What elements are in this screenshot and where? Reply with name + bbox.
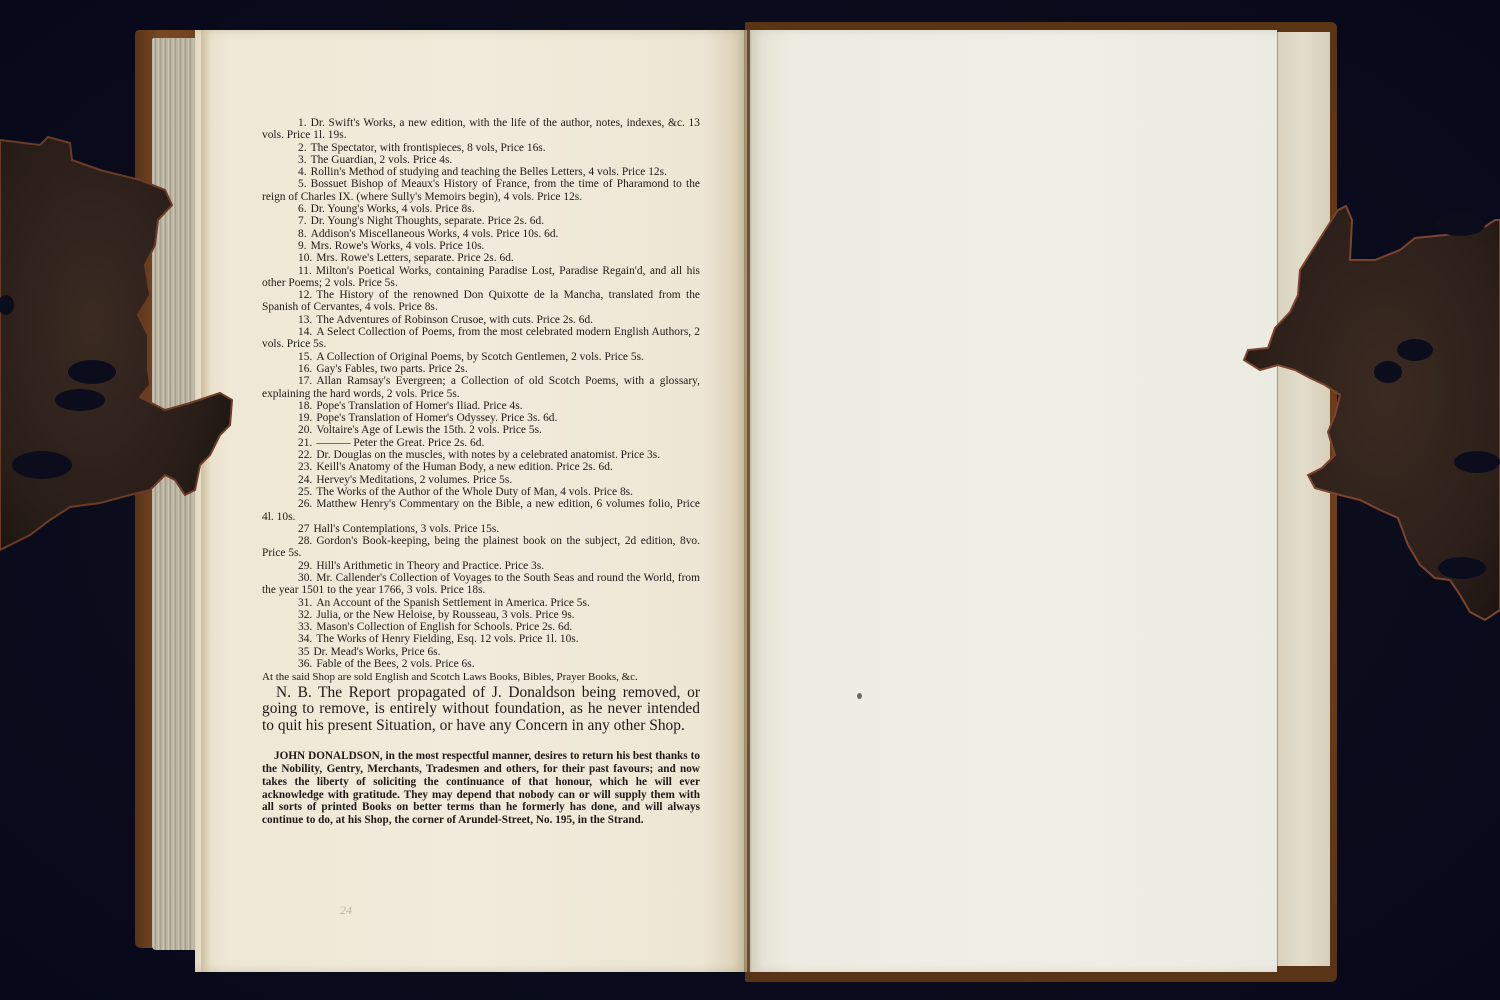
entry-text: The Works of Henry Fielding, Esq. 12 vol… bbox=[316, 633, 578, 645]
catalogue-entry: 7.Dr. Young's Night Thoughts, separate. … bbox=[262, 215, 700, 227]
catalogue-entry: 5.Bossuet Bishop of Meaux's History of F… bbox=[262, 178, 700, 203]
entry-number: 19. bbox=[280, 412, 312, 424]
catalogue-entry: 14.A Select Collection of Poems, from th… bbox=[262, 326, 700, 351]
catalogue-entry: 18.Pope's Translation of Homer's Iliad. … bbox=[262, 400, 700, 412]
entry-text: Voltaire's Age of Lewis the 15th. 2 vols… bbox=[316, 424, 542, 436]
catalogue-entry: 27Hall's Contemplations, 3 vols. Price 1… bbox=[262, 523, 700, 535]
catalogue-entry: 12.The History of the renowned Don Quixo… bbox=[262, 289, 700, 314]
nb-notice: N. B. The Report propagated of J. Donald… bbox=[262, 685, 700, 735]
entry-text: Julia, or the New Heloise, by Rousseau, … bbox=[316, 609, 574, 621]
catalogue-entry: 35Dr. Mead's Works, Price 6s. bbox=[262, 646, 700, 658]
entry-text: Fable of the Bees, 2 vols. Price 6s. bbox=[316, 658, 474, 670]
entry-number: 34. bbox=[280, 633, 312, 645]
entry-number: 17. bbox=[280, 375, 312, 387]
entry-text: Rollin's Method of studying and teaching… bbox=[311, 166, 667, 178]
entry-text: Hall's Contemplations, 3 vols. Price 15s… bbox=[313, 523, 499, 535]
metal-weight-icon bbox=[1240, 200, 1500, 640]
entry-text: The Adventures of Robinson Crusoe, with … bbox=[316, 314, 593, 326]
entry-number: 6. bbox=[280, 203, 307, 215]
catalogue-entry: 29.Hill's Arithmetic in Theory and Pract… bbox=[262, 560, 700, 572]
entry-number: 32. bbox=[280, 609, 312, 621]
metal-weight-icon bbox=[0, 135, 240, 555]
catalogue-text: 1.Dr. Swift's Works, a new edition, with… bbox=[262, 117, 700, 838]
entry-text: Dr. Young's Works, 4 vols. Price 8s. bbox=[311, 203, 475, 215]
entry-text: Mrs. Rowe's Works, 4 vols. Price 10s. bbox=[311, 240, 485, 252]
entry-number: 22. bbox=[280, 449, 312, 461]
catalogue-entry: 6.Dr. Young's Works, 4 vols. Price 8s. bbox=[262, 203, 700, 215]
entry-text: Pope's Translation of Homer's Iliad. Pri… bbox=[316, 400, 522, 412]
catalogue-entry: 16.Gay's Fables, two parts. Price 2s. bbox=[262, 363, 700, 375]
book-weight-left bbox=[0, 135, 240, 555]
entry-number: 28. bbox=[280, 535, 312, 547]
donaldson-notice: JOHN DONALDSON, in the most respectful m… bbox=[262, 750, 700, 826]
catalogue-entry: 23.Keill's Anatomy of the Human Body, a … bbox=[262, 461, 700, 473]
catalogue-entry: 28.Gordon's Book-keeping, being the plai… bbox=[262, 535, 700, 560]
catalogue-entry: 2.The Spectator, with frontispieces, 8 v… bbox=[262, 142, 700, 154]
entry-text: Mason's Collection of English for School… bbox=[316, 621, 572, 633]
entry-text: A Collection of Original Poems, by Scotc… bbox=[316, 351, 644, 363]
entry-text: Dr. Mead's Works, Price 6s. bbox=[313, 646, 440, 658]
entry-text: Dr. Young's Night Thoughts, separate. Pr… bbox=[311, 215, 545, 227]
catalogue-entry: 26.Matthew Henry's Commentary on the Bib… bbox=[262, 498, 700, 523]
catalogue-entry: 36.Fable of the Bees, 2 vols. Price 6s. bbox=[262, 658, 700, 670]
catalogue-entry: 9.Mrs. Rowe's Works, 4 vols. Price 10s. bbox=[262, 240, 700, 252]
entry-text: Allan Ramsay's Evergreen; a Collection o… bbox=[262, 375, 700, 399]
entry-text: Milton's Poetical Works, containing Para… bbox=[262, 265, 700, 289]
entry-number: 15. bbox=[280, 351, 312, 363]
entry-number: 23. bbox=[280, 461, 312, 473]
entry-number: 3. bbox=[280, 154, 307, 166]
entry-text: Hill's Arithmetic in Theory and Practice… bbox=[316, 560, 544, 572]
entry-text: The Guardian, 2 vols. Price 4s. bbox=[311, 154, 453, 166]
entry-text: Hervey's Meditations, 2 volumes. Price 5… bbox=[316, 474, 512, 486]
catalogue-entry: 22.Dr. Douglas on the muscles, with note… bbox=[262, 449, 700, 461]
catalogue-entry: 34.The Works of Henry Fielding, Esq. 12 … bbox=[262, 633, 700, 645]
entry-text: Pope's Translation of Homer's Odyssey. P… bbox=[316, 412, 557, 424]
entry-text: The Spectator, with frontispieces, 8 vol… bbox=[311, 142, 546, 154]
entry-text: The History of the renowned Don Quixotte… bbox=[262, 289, 700, 313]
book-weight-right bbox=[1240, 200, 1500, 640]
entry-number: 26. bbox=[280, 498, 312, 510]
entry-text: ——— Peter the Great. Price 2s. 6d. bbox=[316, 437, 484, 449]
catalogue-entry: 10.Mrs. Rowe's Letters, separate. Price … bbox=[262, 252, 700, 264]
entry-number: 2. bbox=[280, 142, 307, 154]
entry-text: Addison's Miscellaneous Works, 4 vols. P… bbox=[311, 228, 559, 240]
entry-number: 18. bbox=[280, 400, 312, 412]
book-gutter bbox=[744, 30, 752, 972]
entry-text: Mrs. Rowe's Letters, separate. Price 2s.… bbox=[316, 252, 513, 264]
catalogue-entry: 24.Hervey's Meditations, 2 volumes. Pric… bbox=[262, 474, 700, 486]
entry-text: Mr. Callender's Collection of Voyages to… bbox=[262, 572, 700, 596]
entry-number: 24. bbox=[280, 474, 312, 486]
catalogue-entry: 15.A Collection of Original Poems, by Sc… bbox=[262, 351, 700, 363]
entry-number: 12. bbox=[280, 289, 312, 301]
entry-text: Dr. Douglas on the muscles, with notes b… bbox=[316, 449, 660, 461]
entry-text: The Works of the Author of the Whole Dut… bbox=[316, 486, 633, 498]
entry-number: 9. bbox=[280, 240, 307, 252]
entry-text: Gordon's Book-keeping, being the plaines… bbox=[262, 535, 700, 559]
entry-number: 20. bbox=[280, 424, 312, 436]
entry-number: 7. bbox=[280, 215, 307, 227]
catalogue-entry: 31.An Account of the Spanish Settlement … bbox=[262, 597, 700, 609]
catalogue-list: 1.Dr. Swift's Works, a new edition, with… bbox=[262, 117, 700, 670]
catalogue-entry: 3.The Guardian, 2 vols. Price 4s. bbox=[262, 154, 700, 166]
entry-number: 27 bbox=[280, 523, 309, 535]
catalogue-entry: 17.Allan Ramsay's Evergreen; a Collectio… bbox=[262, 375, 700, 400]
entry-number: 25. bbox=[280, 486, 312, 498]
entry-text: Dr. Swift's Works, a new edition, with t… bbox=[262, 117, 700, 141]
catalogue-entry: 4.Rollin's Method of studying and teachi… bbox=[262, 166, 700, 178]
catalogue-entry: 33.Mason's Collection of English for Sch… bbox=[262, 621, 700, 633]
entry-text: An Account of the Spanish Settlement in … bbox=[316, 597, 590, 609]
entry-text: Matthew Henry's Commentary on the Bible,… bbox=[262, 498, 700, 522]
catalogue-entry: 11.Milton's Poetical Works, containing P… bbox=[262, 265, 700, 290]
entry-number: 21. bbox=[280, 437, 312, 449]
paper-spot bbox=[857, 693, 862, 699]
entry-number: 8. bbox=[280, 228, 307, 240]
catalogue-entry: 19.Pope's Translation of Homer's Odyssey… bbox=[262, 412, 700, 424]
entry-text: A Select Collection of Poems, from the m… bbox=[262, 326, 700, 350]
catalogue-entry: 25.The Works of the Author of the Whole … bbox=[262, 486, 700, 498]
shop-line: At the said Shop are sold English and Sc… bbox=[262, 671, 700, 683]
entry-number: 1. bbox=[280, 117, 307, 129]
catalogue-entry: 32.Julia, or the New Heloise, by Roussea… bbox=[262, 609, 700, 621]
entry-number: 10. bbox=[280, 252, 312, 264]
entry-number: 36. bbox=[280, 658, 312, 670]
entry-text: Gay's Fables, two parts. Price 2s. bbox=[316, 363, 467, 375]
entry-number: 31. bbox=[280, 597, 312, 609]
catalogue-entry: 21.——— Peter the Great. Price 2s. 6d. bbox=[262, 437, 700, 449]
entry-number: 11. bbox=[280, 265, 312, 277]
entry-number: 5. bbox=[280, 178, 307, 190]
entry-number: 33. bbox=[280, 621, 312, 633]
catalogue-entry: 8.Addison's Miscellaneous Works, 4 vols.… bbox=[262, 228, 700, 240]
pencil-page-mark: 24 bbox=[340, 903, 352, 918]
entry-number: 14. bbox=[280, 326, 312, 338]
entry-text: Keill's Anatomy of the Human Body, a new… bbox=[316, 461, 612, 473]
entry-number: 30. bbox=[280, 572, 312, 584]
entry-number: 35 bbox=[280, 646, 309, 658]
entry-number: 29. bbox=[280, 560, 312, 572]
catalogue-entry: 20.Voltaire's Age of Lewis the 15th. 2 v… bbox=[262, 424, 700, 436]
entry-number: 16. bbox=[280, 363, 312, 375]
catalogue-entry: 13.The Adventures of Robinson Crusoe, wi… bbox=[262, 314, 700, 326]
entry-text: Bossuet Bishop of Meaux's History of Fra… bbox=[262, 178, 700, 202]
right-page-blank bbox=[750, 30, 1277, 972]
entry-number: 4. bbox=[280, 166, 307, 178]
catalogue-entry: 30.Mr. Callender's Collection of Voyages… bbox=[262, 572, 700, 597]
entry-number: 13. bbox=[280, 314, 312, 326]
catalogue-entry: 1.Dr. Swift's Works, a new edition, with… bbox=[262, 117, 700, 142]
